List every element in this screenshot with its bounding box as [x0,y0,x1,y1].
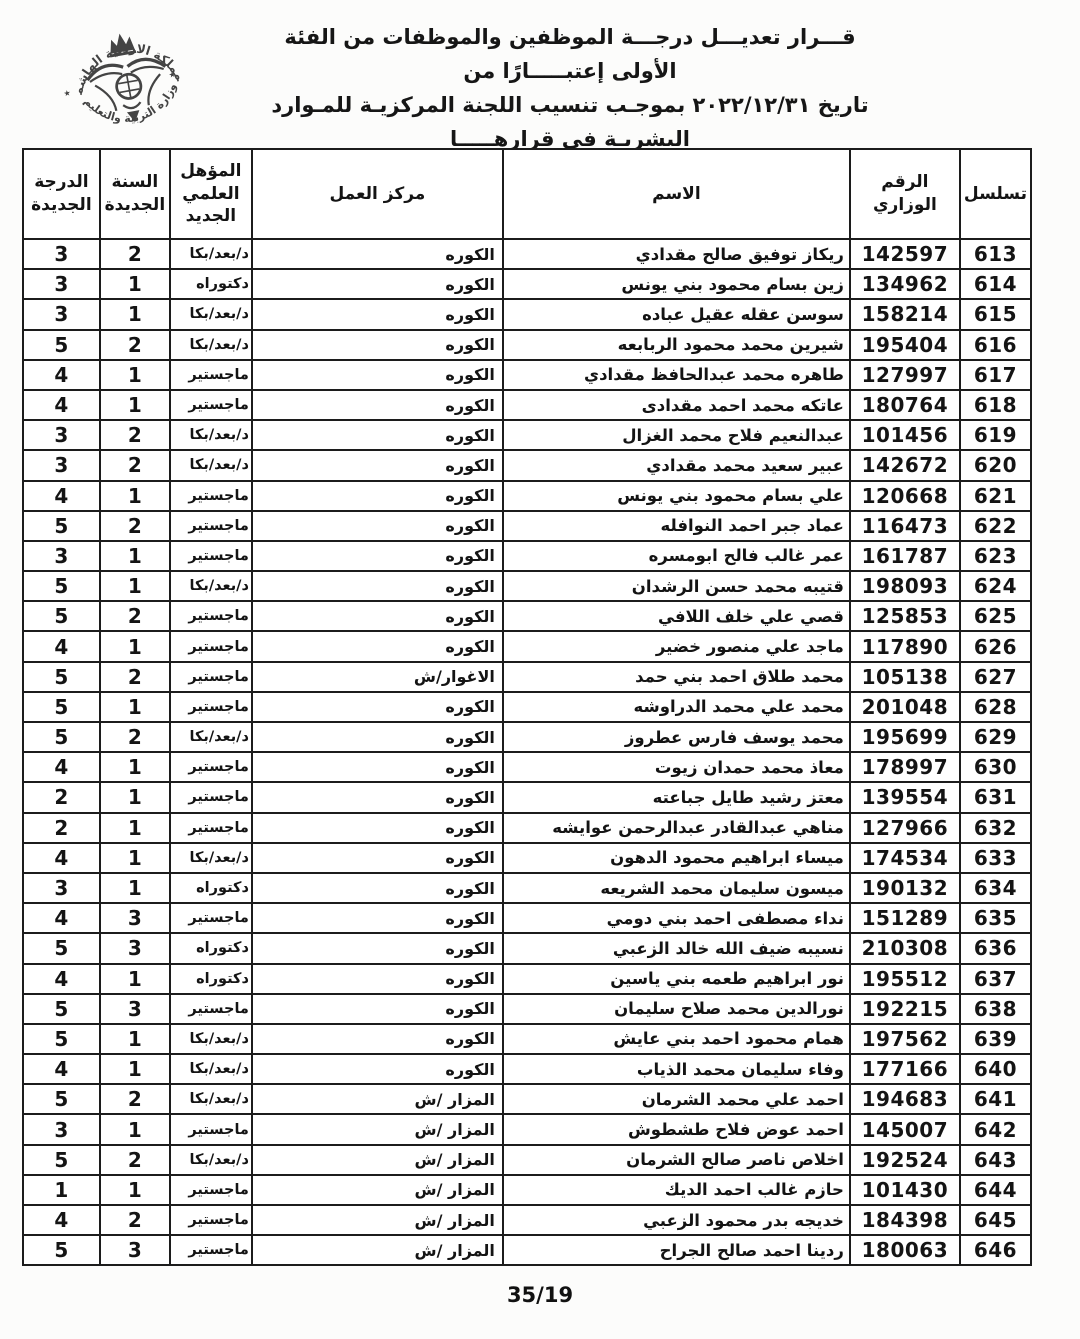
new-grade-cell: 4 [23,360,100,390]
ministry-no-cell: 190132 [850,873,960,903]
qualification-cell: د/بعد/بكا [170,1145,252,1175]
work-center-cell: الكوره [252,571,503,601]
new-year-cell: 2 [100,1205,170,1235]
new-grade-cell: 1 [23,1175,100,1205]
new-grade-cell: 3 [23,299,100,329]
new-grade-cell: 3 [23,541,100,571]
new-grade-cell: 5 [23,1145,100,1175]
column-header-new_year: السنة الجديدة [100,149,170,239]
table-row: 643192524اخلاص ناصر صالح الشرمانالمزار /… [23,1145,1031,1175]
ministry-no-cell: 105138 [850,662,960,692]
qualification-cell: ماجستير [170,511,252,541]
new-grade-cell: 4 [23,752,100,782]
new-grade-cell: 3 [23,420,100,450]
new-year-cell: 2 [100,1084,170,1114]
work-center-cell: الكوره [252,722,503,752]
name-cell: محمد طلاق احمد بني حمد [503,662,850,692]
qualification-cell: ماجستير [170,1114,252,1144]
work-center-cell: الكوره [252,420,503,450]
qualification-cell: ماجستير [170,752,252,782]
name-cell: عاتكه محمد احمد مقدادى [503,390,850,420]
table-row: 636210308نسيبه ضيف الله خالد الزعبيالكور… [23,933,1031,963]
qualification-cell: د/بعد/بكا [170,299,252,329]
name-cell: عبدالنعيم فلاح محمد الغزال [503,420,850,450]
serial-cell: 646 [960,1235,1031,1265]
name-cell: زين بسام محمود بني يونس [503,269,850,299]
serial-cell: 626 [960,631,1031,661]
qualification-cell: ماجستير [170,390,252,420]
work-center-cell: الكوره [252,481,503,511]
serial-cell: 619 [960,420,1031,450]
table-row: 631139554معتز رشيد طايل جباعتهالكورهماجس… [23,782,1031,812]
new-grade-cell: 4 [23,843,100,873]
qualification-cell: د/بعد/بكا [170,1084,252,1114]
ministry-no-cell: 192524 [850,1145,960,1175]
table-body: 613142597ريكاز توفيق صالح مقداديالكورهد/… [23,239,1031,1265]
new-grade-cell: 4 [23,903,100,933]
new-year-cell: 1 [100,1054,170,1084]
new-grade-cell: 5 [23,571,100,601]
new-year-cell: 1 [100,873,170,903]
name-cell: همام محمود احمد بني عايش [503,1024,850,1054]
name-cell: ردينا احمد صالح الجراح [503,1235,850,1265]
new-grade-cell: 5 [23,511,100,541]
qualification-cell: ماجستير [170,813,252,843]
name-cell: حازم غالب احمد الديك [503,1175,850,1205]
table-row: 614134962زين بسام محمود بني يونسالكورهدك… [23,269,1031,299]
new-year-cell: 1 [100,390,170,420]
new-year-cell: 1 [100,360,170,390]
work-center-cell: الكوره [252,1024,503,1054]
name-cell: خديجه بدر محمود الزعبي [503,1205,850,1235]
name-cell: احمد عوض فلاح طشطوش [503,1114,850,1144]
work-center-cell: الكوره [252,299,503,329]
work-center-cell: الكوره [252,511,503,541]
employees-table: تسلسلالرقم الوزاريالاسممركز العملالمؤهل … [22,148,1032,1266]
ministry-no-cell: 174534 [850,843,960,873]
qualification-cell: ماجستير [170,692,252,722]
seal-star-left-icon: ٭ [62,86,72,102]
name-cell: عماد جبر احمد النوافله [503,511,850,541]
serial-cell: 639 [960,1024,1031,1054]
serial-cell: 636 [960,933,1031,963]
name-cell: طاهره محمد عبدالحافظ مقدادي [503,360,850,390]
ministry-no-cell: 197562 [850,1024,960,1054]
name-cell: اخلاص ناصر صالح الشرمان [503,1145,850,1175]
qualification-cell: ماجستير [170,662,252,692]
serial-cell: 621 [960,481,1031,511]
page-number: 35/19 [0,1283,1080,1307]
table-row: 635151289نداء مصطفى احمد بني دوميالكورهم… [23,903,1031,933]
new-year-cell: 1 [100,299,170,329]
new-grade-cell: 3 [23,873,100,903]
new-year-cell: 3 [100,933,170,963]
ministry-no-cell: 116473 [850,511,960,541]
work-center-cell: المزار /ش [252,1114,503,1144]
name-cell: ميساء ابراهيم محمود الدهون [503,843,850,873]
column-header-new_grade: الدرجة الجديدة [23,149,100,239]
ministry-no-cell: 161787 [850,541,960,571]
table-row: 625125853قصي علي خلف اللافيالكورهماجستير… [23,601,1031,631]
new-grade-cell: 5 [23,1084,100,1114]
serial-cell: 613 [960,239,1031,269]
new-grade-cell: 3 [23,239,100,269]
table-row: 627105138محمد طلاق احمد بني حمدالاغوار/ش… [23,662,1031,692]
qualification-cell: ماجستير [170,541,252,571]
qualification-cell: د/بعد/بكا [170,330,252,360]
name-cell: وفاء سليمان محمد الذياب [503,1054,850,1084]
name-cell: شيرين محمد محمود الربابعه [503,330,850,360]
new-grade-cell: 5 [23,662,100,692]
table-row: 646180063ردينا احمد صالح الجراحالمزار /ش… [23,1235,1031,1265]
table-row: 626117890ماجد علي منصور خضيرالكورهماجستي… [23,631,1031,661]
qualification-cell: د/بعد/بكا [170,420,252,450]
ministry-no-cell: 192215 [850,994,960,1024]
new-grade-cell: 4 [23,390,100,420]
serial-cell: 631 [960,782,1031,812]
new-grade-cell: 5 [23,692,100,722]
ministry-no-cell: 194683 [850,1084,960,1114]
serial-cell: 624 [960,571,1031,601]
table-row: 629195699محمد يوسف فارس عطروزالكورهد/بعد… [23,722,1031,752]
new-grade-cell: 5 [23,933,100,963]
ministry-no-cell: 101430 [850,1175,960,1205]
new-grade-cell: 4 [23,631,100,661]
serial-cell: 625 [960,601,1031,631]
serial-cell: 635 [960,903,1031,933]
ministry-no-cell: 180063 [850,1235,960,1265]
serial-cell: 627 [960,662,1031,692]
qualification-cell: دكتوراه [170,269,252,299]
qualification-cell: د/بعد/بكا [170,843,252,873]
serial-cell: 645 [960,1205,1031,1235]
table-row: 620142672عبير سعيد محمد مقداديالكورهد/بع… [23,450,1031,480]
new-year-cell: 1 [100,541,170,571]
new-grade-cell: 2 [23,782,100,812]
ministry-seal-icon: المملكة الاردنية الهاشمية وزارة التربية … [52,6,205,159]
qualification-cell: ماجستير [170,994,252,1024]
serial-cell: 640 [960,1054,1031,1084]
ministry-no-cell: 178997 [850,752,960,782]
new-year-cell: 2 [100,330,170,360]
new-grade-cell: 4 [23,481,100,511]
qualification-cell: دكتوراه [170,873,252,903]
table-row: 640177166وفاء سليمان محمد الذيابالكورهد/… [23,1054,1031,1084]
column-header-name: الاسم [503,149,850,239]
table-row: 624198093قتيبه محمد حسن الرشدانالكورهد/ب… [23,571,1031,601]
name-cell: معتز رشيد طايل جباعته [503,782,850,812]
name-cell: ريكاز توفيق صالح مقدادي [503,239,850,269]
table-row: 633174534ميساء ابراهيم محمود الدهونالكور… [23,843,1031,873]
ministry-no-cell: 127997 [850,360,960,390]
work-center-cell: الكوره [252,873,503,903]
table-row: 641194683احمد علي محمد الشرمانالمزار /شد… [23,1084,1031,1114]
title-line-2: تاريخ ٢٠٢٢/١٢/٣١ بموجـب تنسيب اللجنة الم… [250,88,890,156]
name-cell: محمد يوسف فارس عطروز [503,722,850,752]
serial-cell: 632 [960,813,1031,843]
table-row: 628201048محمد علي محمد الدراوشهالكورهماج… [23,692,1031,722]
new-year-cell: 1 [100,782,170,812]
document-header: قـــرار تعديـــل درجـــة الموظفين والموظ… [0,14,1080,144]
qualification-cell: ماجستير [170,631,252,661]
table-row: 622116473عماد جبر احمد النوافلهالكورهماج… [23,511,1031,541]
new-year-cell: 1 [100,843,170,873]
new-year-cell: 1 [100,269,170,299]
name-cell: قصي علي خلف اللافي [503,601,850,631]
serial-cell: 617 [960,360,1031,390]
new-grade-cell: 5 [23,722,100,752]
svg-text:وزارة التربية والتعليم: وزارة التربية والتعليم [80,79,184,132]
employees-table-wrap: تسلسلالرقم الوزاريالاسممركز العملالمؤهل … [22,148,1032,1266]
qualification-cell: دكتوراه [170,933,252,963]
serial-cell: 634 [960,873,1031,903]
work-center-cell: المزار /ش [252,1205,503,1235]
ministry-no-cell: 210308 [850,933,960,963]
serial-cell: 623 [960,541,1031,571]
work-center-cell: المزار /ش [252,1235,503,1265]
new-year-cell: 2 [100,1145,170,1175]
serial-cell: 629 [960,722,1031,752]
new-year-cell: 2 [100,420,170,450]
qualification-cell: د/بعد/بكا [170,722,252,752]
table-row: 619101456عبدالنعيم فلاح محمد الغزالالكور… [23,420,1031,450]
ministry-no-cell: 101456 [850,420,960,450]
title-line-1: قـــرار تعديـــل درجـــة الموظفين والموظ… [250,20,890,88]
new-year-cell: 1 [100,752,170,782]
table-row: 616195404شيرين محمد محمود الربابعهالكوره… [23,330,1031,360]
work-center-cell: الاغوار/ش [252,662,503,692]
qualification-cell: ماجستير [170,1235,252,1265]
serial-cell: 618 [960,390,1031,420]
work-center-cell: الكوره [252,390,503,420]
qualification-cell: ماجستير [170,601,252,631]
new-year-cell: 3 [100,903,170,933]
work-center-cell: الكوره [252,269,503,299]
table-row: 639197562همام محمود احمد بني عايشالكورهد… [23,1024,1031,1054]
name-cell: مناهي عبدالقادر عبدالرحمن عوايشه [503,813,850,843]
work-center-cell: الكوره [252,782,503,812]
new-year-cell: 1 [100,1114,170,1144]
ministry-no-cell: 134962 [850,269,960,299]
ministry-no-cell: 127966 [850,813,960,843]
new-year-cell: 2 [100,450,170,480]
ministry-no-cell: 145007 [850,1114,960,1144]
new-grade-cell: 5 [23,330,100,360]
qualification-cell: ماجستير [170,1205,252,1235]
table-row: 615158214سوسن عقله عقيل عبادهالكورهد/بعد… [23,299,1031,329]
new-year-cell: 1 [100,571,170,601]
name-cell: عمر غالب فالح ابومسره [503,541,850,571]
table-row: 642145007احمد عوض فلاح طشطوشالمزار /شماج… [23,1114,1031,1144]
qualification-cell: ماجستير [170,481,252,511]
work-center-cell: الكوره [252,843,503,873]
new-year-cell: 1 [100,1175,170,1205]
work-center-cell: المزار /ش [252,1084,503,1114]
table-row: 623161787عمر غالب فالح ابومسرهالكورهماجس… [23,541,1031,571]
name-cell: قتيبه محمد حسن الرشدان [503,571,850,601]
qualification-cell: ماجستير [170,360,252,390]
column-header-serial: تسلسل [960,149,1031,239]
ministry-no-cell: 142597 [850,239,960,269]
new-year-cell: 3 [100,1235,170,1265]
work-center-cell: الكوره [252,813,503,843]
new-grade-cell: 5 [23,1235,100,1265]
serial-cell: 620 [960,450,1031,480]
table-row: 617127997طاهره محمد عبدالحافظ مقداديالكو… [23,360,1031,390]
serial-cell: 642 [960,1114,1031,1144]
ministry-no-cell: 180764 [850,390,960,420]
table-row: 645184398خديجه بدر محمود الزعبيالمزار /ش… [23,1205,1031,1235]
ministry-no-cell: 139554 [850,782,960,812]
table-row: 644101430حازم غالب احمد الديكالمزار /شما… [23,1175,1031,1205]
name-cell: نورالدين محمد صلاح سليمان [503,994,850,1024]
serial-cell: 638 [960,994,1031,1024]
work-center-cell: المزار /ش [252,1175,503,1205]
new-year-cell: 1 [100,631,170,661]
ministry-no-cell: 198093 [850,571,960,601]
new-year-cell: 3 [100,994,170,1024]
ministry-no-cell: 201048 [850,692,960,722]
work-center-cell: الكوره [252,541,503,571]
new-year-cell: 1 [100,813,170,843]
ministry-no-cell: 120668 [850,481,960,511]
new-year-cell: 2 [100,601,170,631]
header-row: تسلسلالرقم الوزاريالاسممركز العملالمؤهل … [23,149,1031,239]
ministry-no-cell: 158214 [850,299,960,329]
qualification-cell: د/بعد/بكا [170,571,252,601]
table-row: 638192215نورالدين محمد صلاح سليمانالكوره… [23,994,1031,1024]
qualification-cell: د/بعد/بكا [170,1054,252,1084]
ministry-no-cell: 195404 [850,330,960,360]
work-center-cell: الكوره [252,692,503,722]
work-center-cell: الكوره [252,601,503,631]
column-header-ministry_no: الرقم الوزاري [850,149,960,239]
qualification-cell: د/بعد/بكا [170,239,252,269]
column-header-work_center: مركز العمل [252,149,503,239]
serial-cell: 622 [960,511,1031,541]
work-center-cell: الكوره [252,330,503,360]
serial-cell: 615 [960,299,1031,329]
new-year-cell: 1 [100,964,170,994]
work-center-cell: الكوره [252,964,503,994]
work-center-cell: الكوره [252,631,503,661]
ministry-no-cell: 151289 [850,903,960,933]
table-row: 634190132ميسون سليمان محمد الشريعهالكوره… [23,873,1031,903]
table-row: 613142597ريكاز توفيق صالح مقداديالكورهد/… [23,239,1031,269]
new-grade-cell: 4 [23,1205,100,1235]
work-center-cell: الكوره [252,239,503,269]
new-year-cell: 2 [100,662,170,692]
new-grade-cell: 3 [23,1114,100,1144]
serial-cell: 641 [960,1084,1031,1114]
work-center-cell: الكوره [252,903,503,933]
column-header-qualification: المؤهل العلمي الجديد [170,149,252,239]
new-year-cell: 2 [100,239,170,269]
qualification-cell: د/بعد/بكا [170,450,252,480]
new-grade-cell: 4 [23,964,100,994]
new-grade-cell: 5 [23,994,100,1024]
new-grade-cell: 2 [23,813,100,843]
serial-cell: 637 [960,964,1031,994]
name-cell: ميسون سليمان محمد الشريعه [503,873,850,903]
serial-cell: 616 [960,330,1031,360]
new-grade-cell: 3 [23,269,100,299]
name-cell: سوسن عقله عقيل عباده [503,299,850,329]
seal-bottom-text: وزارة التربية والتعليم [80,79,184,132]
name-cell: ماجد علي منصور خضير [503,631,850,661]
table-row: 637195512نور ابراهيم طعمه بني ياسينالكور… [23,964,1031,994]
name-cell: معاذ محمد حمدان زيوت [503,752,850,782]
new-grade-cell: 5 [23,1024,100,1054]
qualification-cell: دكتوراه [170,964,252,994]
work-center-cell: الكوره [252,994,503,1024]
new-year-cell: 1 [100,1024,170,1054]
ministry-no-cell: 184398 [850,1205,960,1235]
new-grade-cell: 4 [23,1054,100,1084]
work-center-cell: الكوره [252,752,503,782]
ministry-no-cell: 195512 [850,964,960,994]
table-row: 630178997معاذ محمد حمدان زيوتالكورهماجست… [23,752,1031,782]
qualification-cell: ماجستير [170,903,252,933]
work-center-cell: المزار /ش [252,1145,503,1175]
ministry-no-cell: 117890 [850,631,960,661]
new-year-cell: 1 [100,481,170,511]
name-cell: عبير سعيد محمد مقدادي [503,450,850,480]
table-row: 618180764عاتكه محمد احمد مقدادىالكورهماج… [23,390,1031,420]
table-header: تسلسلالرقم الوزاريالاسممركز العملالمؤهل … [23,149,1031,239]
new-year-cell: 2 [100,722,170,752]
ministry-no-cell: 195699 [850,722,960,752]
name-cell: نداء مصطفى احمد بني دومي [503,903,850,933]
work-center-cell: الكوره [252,450,503,480]
new-grade-cell: 3 [23,450,100,480]
serial-cell: 644 [960,1175,1031,1205]
work-center-cell: الكوره [252,360,503,390]
qualification-cell: ماجستير [170,782,252,812]
name-cell: احمد علي محمد الشرمان [503,1084,850,1114]
qualification-cell: ماجستير [170,1175,252,1205]
name-cell: محمد علي محمد الدراوشه [503,692,850,722]
ministry-no-cell: 177166 [850,1054,960,1084]
serial-cell: 643 [960,1145,1031,1175]
table-row: 621120668علي بسام محمود بني يونسالكورهما… [23,481,1031,511]
serial-cell: 628 [960,692,1031,722]
serial-cell: 614 [960,269,1031,299]
ministry-no-cell: 125853 [850,601,960,631]
name-cell: نور ابراهيم طعمه بني ياسين [503,964,850,994]
table-row: 632127966مناهي عبدالقادر عبدالرحمن عوايش… [23,813,1031,843]
qualification-cell: د/بعد/بكا [170,1024,252,1054]
serial-cell: 630 [960,752,1031,782]
serial-cell: 633 [960,843,1031,873]
work-center-cell: الكوره [252,1054,503,1084]
work-center-cell: الكوره [252,933,503,963]
name-cell: نسيبه ضيف الله خالد الزعبي [503,933,850,963]
new-year-cell: 2 [100,511,170,541]
ministry-no-cell: 142672 [850,450,960,480]
name-cell: علي بسام محمود بني يونس [503,481,850,511]
new-grade-cell: 5 [23,601,100,631]
new-year-cell: 1 [100,692,170,722]
